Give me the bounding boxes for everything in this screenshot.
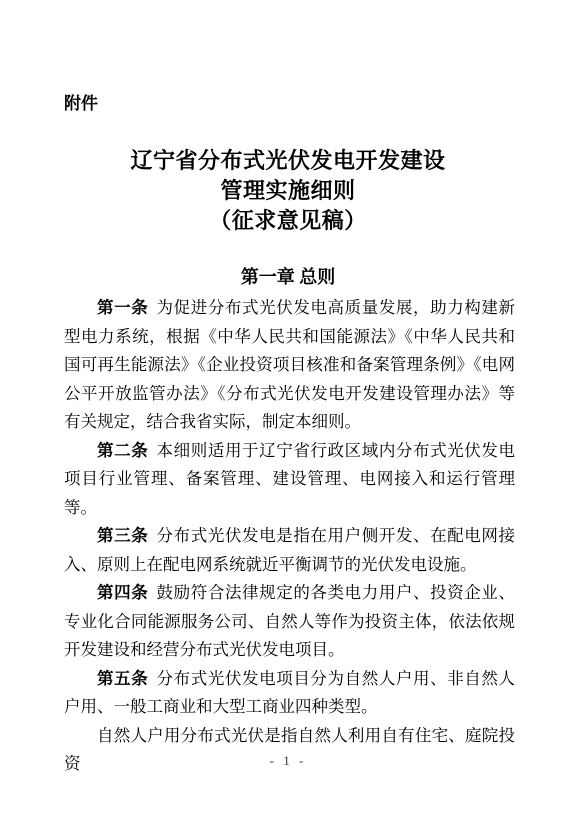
paragraph-article-4: 第四条鼓励符合法律规定的各类电力用户、投资企业、专业化合同能源服务公司、自然人等… [64, 579, 515, 665]
page-number: - 1 - [0, 752, 576, 770]
attachment-label: 附件 [64, 92, 98, 116]
article-5-number: 第五条 [97, 669, 148, 688]
paragraph-article-5: 第五条分布式光伏发电项目分为自然人户用、非自然人户用、一般工商业和大型工商业四种… [64, 665, 515, 722]
paragraph-article-1: 第一条为促进分布式光伏发电高质量发展，助力构建新型电力系统，根据《中华人民共和国… [64, 294, 515, 437]
paragraph-article-2: 第二条本细则适用于辽宁省行政区域内分布式光伏发电项目行业管理、备案管理、建设管理… [64, 437, 515, 523]
title-line-1: 辽宁省分布式光伏发电开发建设 [0, 146, 576, 176]
document-body: 第一条为促进分布式光伏发电高质量发展，助力构建新型电力系统，根据《中华人民共和国… [64, 294, 515, 779]
document-title: 辽宁省分布式光伏发电开发建设 管理实施细则 （征求意见稿） [0, 146, 576, 236]
paragraph-article-3: 第三条分布式光伏发电是指在用户侧开发、在配电网接入、原则上在配电网系统就近平衡调… [64, 522, 515, 579]
title-line-3: （征求意见稿） [0, 206, 576, 236]
article-2-number: 第二条 [97, 441, 148, 460]
article-3-number: 第三条 [97, 526, 148, 545]
title-line-2: 管理实施细则 [0, 176, 576, 206]
article-4-number: 第四条 [97, 583, 148, 602]
article-1-text: 为促进分布式光伏发电高质量发展，助力构建新型电力系统，根据《中华人民共和国能源法… [64, 298, 515, 431]
chapter-heading: 第一章 总则 [0, 264, 576, 290]
article-1-number: 第一条 [97, 298, 148, 317]
document-page: 附件 辽宁省分布式光伏发电开发建设 管理实施细则 （征求意见稿） 第一章 总则 … [0, 0, 576, 814]
